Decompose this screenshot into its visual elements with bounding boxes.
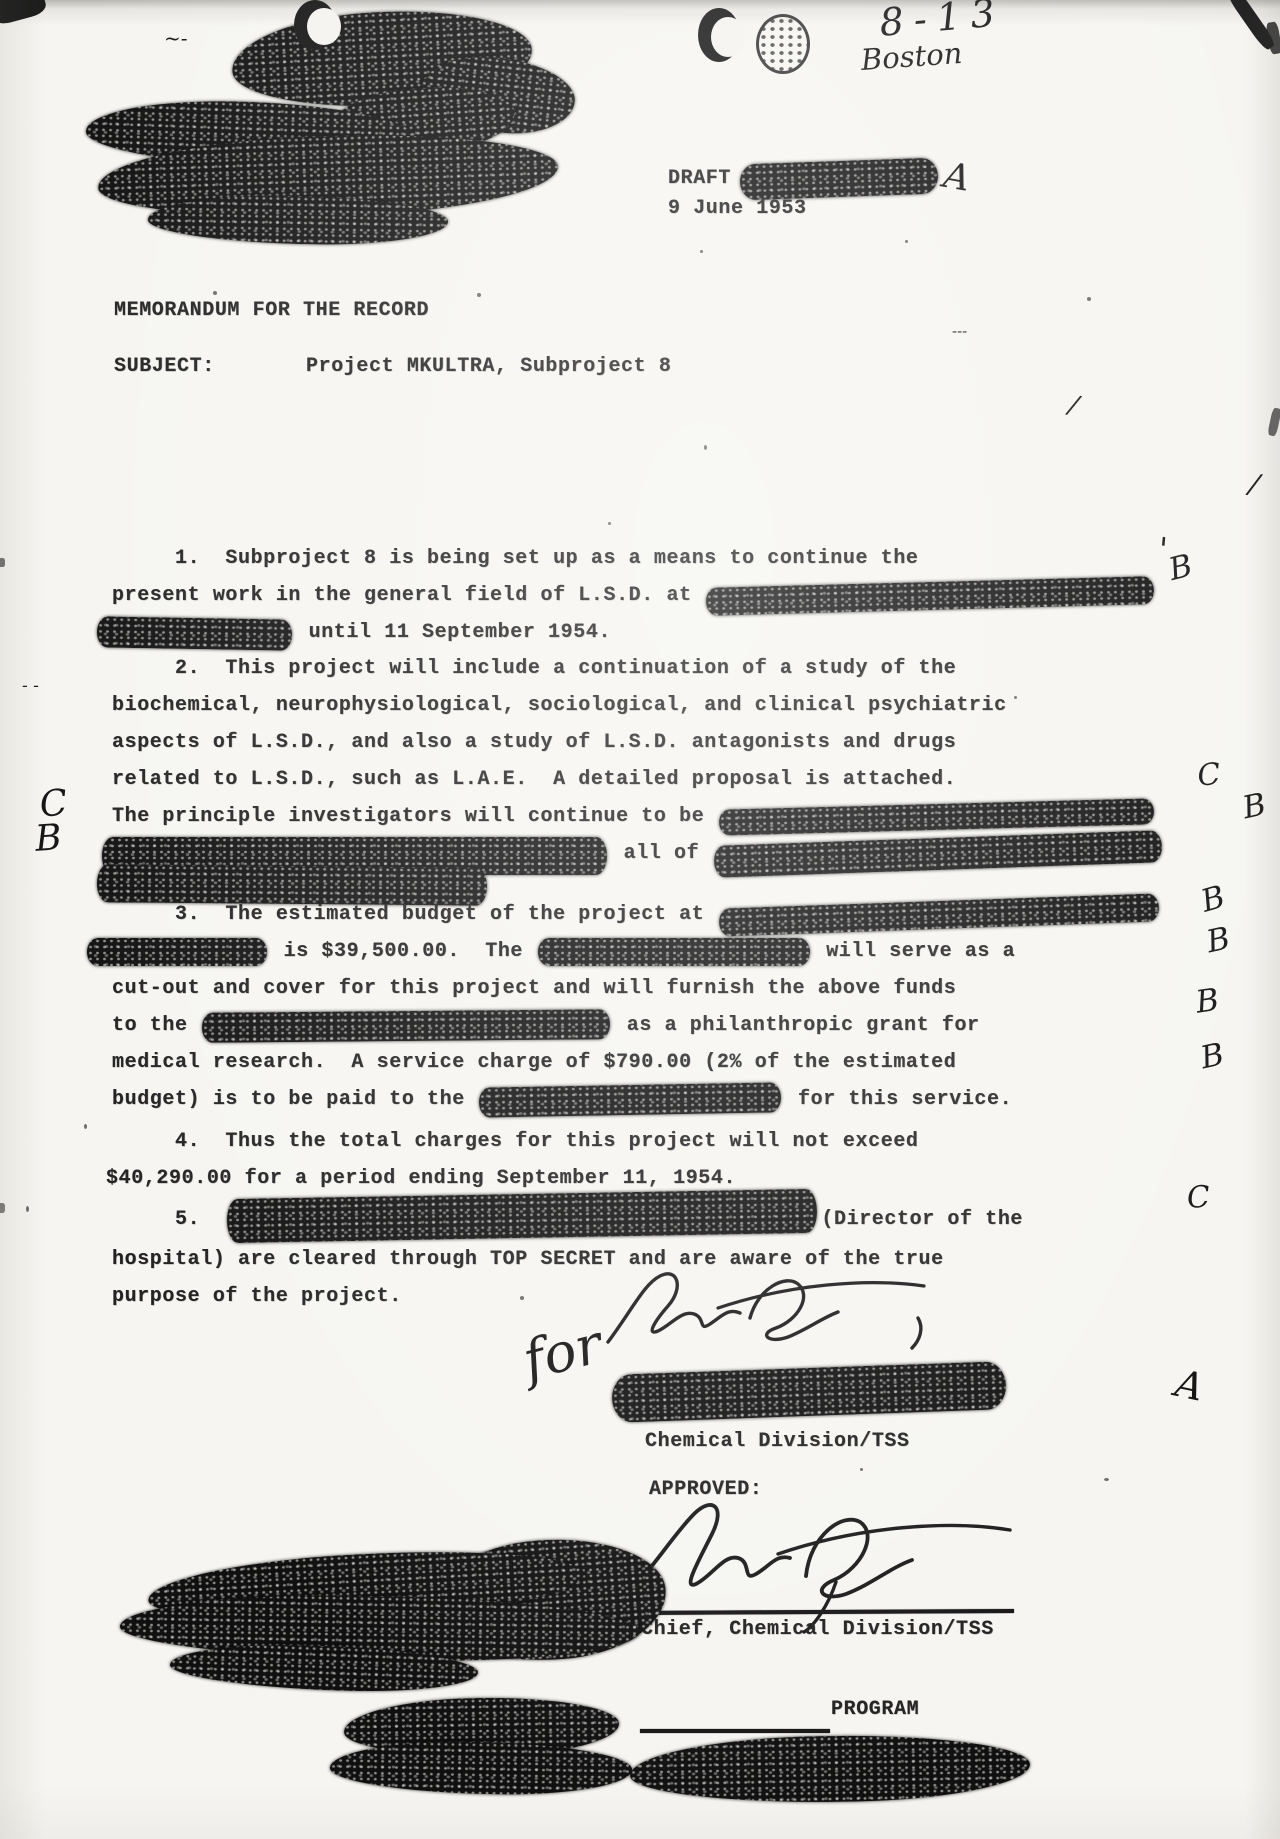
scan-edge-mark	[0, 1203, 5, 1213]
inline-redaction	[97, 864, 487, 905]
memo-text-line: 1. Subproject 8 is being set up as a mea…	[112, 547, 919, 571]
memo-text-line: hospital) are cleared through TOP SECRET…	[112, 1248, 944, 1272]
scan-speck	[1087, 297, 1091, 301]
scanned-memo-page: DRAFT 9 June 1953 MEMORANDUM FOR THE REC…	[0, 0, 1280, 1839]
handwritten-mark: B	[1198, 1039, 1227, 1074]
handwritten-mark: - -	[22, 678, 39, 695]
subject-value: Project MKULTRA, Subproject 8	[306, 355, 671, 379]
memo-text-line: aspects of L.S.D., and also a study of L…	[112, 731, 956, 755]
scan-speck	[213, 291, 217, 295]
handwritten-mark: B	[1194, 985, 1221, 1019]
handwritten-mark: Boston	[860, 39, 963, 75]
handwritten-mark: C	[1196, 760, 1222, 792]
handwritten-mark: C	[1186, 1182, 1211, 1214]
subject-label: SUBJECT:	[114, 355, 215, 379]
memo-title: MEMORANDUM FOR THE RECORD	[114, 299, 429, 323]
ink-smudge-crescent	[294, 0, 336, 50]
underline-before-program	[640, 1729, 830, 1733]
inline-redaction	[538, 938, 810, 966]
scan-speck	[860, 1468, 863, 1471]
memo-text-line: cut-out and cover for this project and w…	[112, 977, 956, 1001]
memo-text-line: biochemical, neurophysiological, sociolo…	[112, 694, 1007, 718]
memo-text-line: until 11 September 1954.	[296, 621, 611, 645]
program-label: PROGRAM	[831, 1698, 919, 1722]
inline-redaction	[87, 938, 267, 966]
memo-text-line: medical research. A service charge of $7…	[112, 1051, 956, 1075]
handwritten-mark: A	[941, 158, 973, 198]
date-line: 9 June 1953	[668, 197, 807, 221]
approver-title: Chief, Chemical Division/TSS	[641, 1618, 994, 1642]
scan-edge-mark	[1267, 407, 1280, 436]
memo-text-line: as a philanthropic grant for	[614, 1014, 979, 1038]
scan-speck	[1104, 1478, 1109, 1481]
handwritten-mark: B	[1240, 789, 1269, 824]
scan-speck	[700, 250, 703, 253]
scan-edge-mark	[0, 0, 48, 27]
handwritten-mark: A	[1172, 1364, 1207, 1407]
memo-text-line: to the	[112, 1014, 200, 1038]
draft-redaction-scribble	[739, 158, 938, 201]
memo-text-line: The principle investigators will continu…	[112, 805, 717, 829]
circular-stamp	[756, 14, 810, 74]
memo-text-line: 4. Thus the total charges for this proje…	[112, 1130, 919, 1154]
scan-speck	[1014, 696, 1017, 699]
scan-speck	[608, 522, 611, 525]
handwritten-mark: B	[34, 820, 63, 858]
inline-redaction	[227, 1189, 818, 1243]
first-signature-title: Chemical Division/TSS	[645, 1430, 910, 1454]
inline-redaction	[97, 616, 293, 650]
scan-edge-mark	[0, 558, 5, 567]
memo-text-line: present work in the general field of L.S…	[112, 584, 704, 608]
memo-text-line: all of	[611, 842, 712, 866]
scan-speck	[704, 445, 707, 450]
memo-text-line: related to L.S.D., such as L.A.E. A deta…	[112, 768, 956, 792]
memo-text-line: will serve as a	[814, 940, 1016, 964]
handwritten-mark: for	[518, 1317, 607, 1388]
handwritten-mark: 8-13	[878, 0, 1006, 42]
scan-speck	[905, 240, 908, 243]
memo-text-line: (Director of the	[821, 1208, 1023, 1232]
handwritten-mark: /	[1247, 470, 1261, 499]
handwritten-mark: B	[1198, 882, 1228, 918]
scan-speck	[84, 1124, 87, 1129]
scan-speck	[477, 293, 481, 297]
memo-text-line: 2. This project will include a continuat…	[112, 657, 956, 681]
signature-scrawl-1	[600, 1256, 940, 1368]
memo-text-line: 5.	[112, 1208, 225, 1232]
inline-redaction	[719, 798, 1155, 835]
inline-redaction	[713, 830, 1162, 878]
ink-smudge-crescent	[698, 8, 740, 62]
draft-label: DRAFT	[668, 167, 731, 191]
memo-text-line: budget) is to be paid to the	[112, 1088, 477, 1112]
memo-text-line: for this service.	[785, 1088, 1012, 1112]
inline-redaction	[706, 576, 1155, 616]
handwritten-mark: ~-	[164, 28, 188, 48]
handwritten-mark: /	[1067, 392, 1081, 419]
inline-redaction	[202, 1009, 610, 1043]
redaction-blob	[330, 1739, 633, 1796]
handwritten-mark: B	[1204, 923, 1233, 958]
handwritten-mark: ---	[952, 324, 967, 339]
inline-redaction	[479, 1082, 781, 1117]
redaction-blob	[629, 1733, 1030, 1806]
scan-speck	[26, 1206, 29, 1212]
inline-redaction	[718, 893, 1159, 936]
scan-speck	[520, 1296, 524, 1300]
redaction-blob	[611, 1361, 1006, 1423]
memo-text-line: 3. The estimated budget of the project a…	[112, 903, 717, 927]
handwritten-mark: B	[1166, 550, 1196, 586]
memo-text-line: is $39,500.00. The	[271, 940, 536, 964]
memo-text-line: $40,290.00 for a period ending September…	[106, 1167, 736, 1191]
memo-text-line: purpose of the project.	[112, 1285, 402, 1309]
